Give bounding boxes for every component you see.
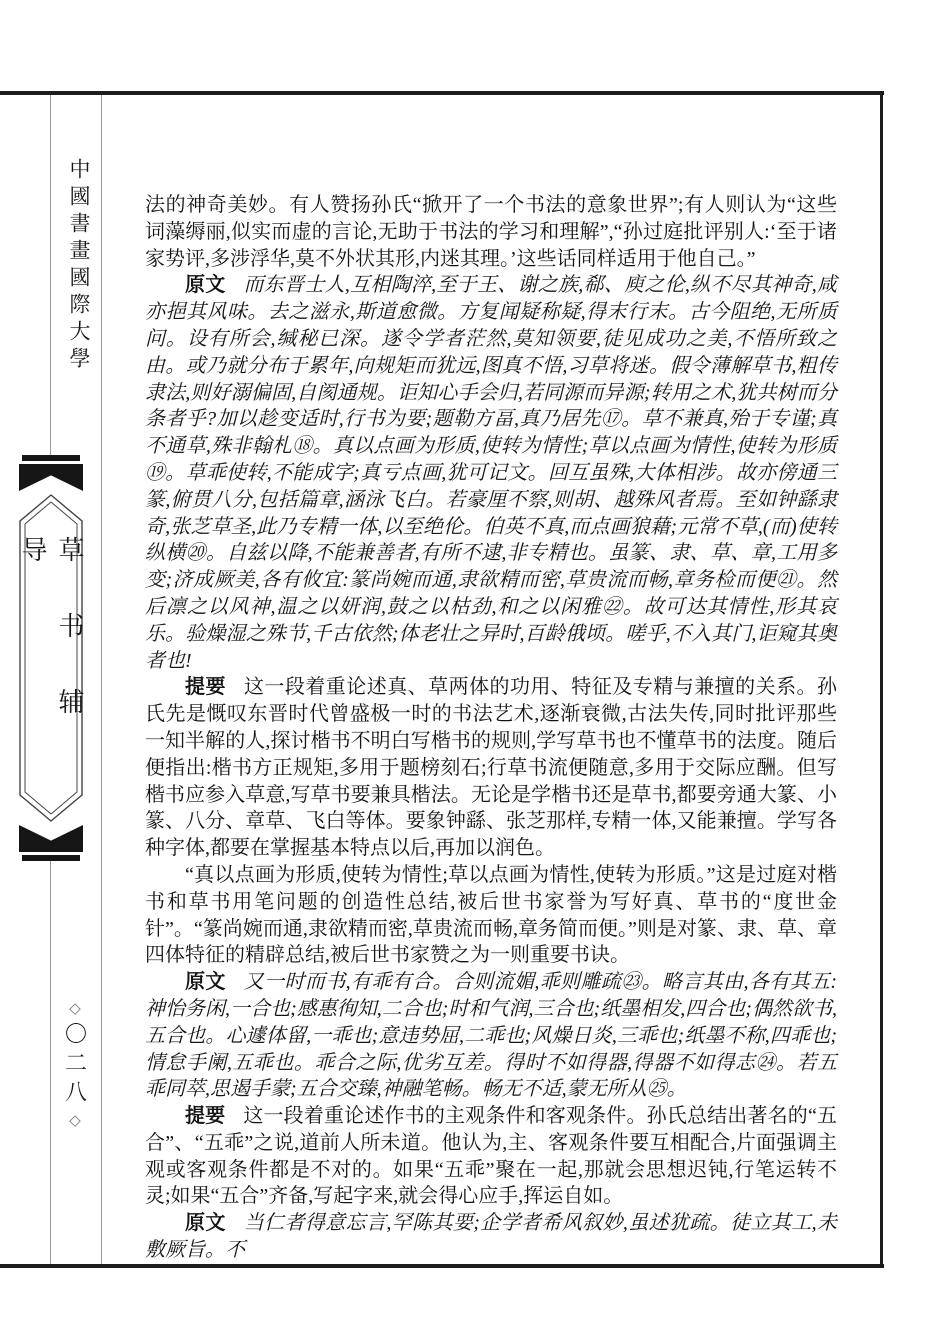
tiyao-label: 提要: [185, 1105, 225, 1127]
page-number: 〇二八: [60, 1022, 91, 1109]
volume-title: 草书辅导: [14, 536, 88, 822]
commentary-paragraph: “真以点画为形质,使转为情性;草以点画为情性,使转为形质。”这是过庭对楷书和草书…: [145, 862, 837, 969]
right-border-rule: [880, 91, 883, 1268]
volume-title-box: 草书辅导: [19, 494, 83, 822]
yuanwen-paragraph-2: 原文又一时而书,有乖有合。合则流媚,乖则雕疏㉓。略言其由,各有其五:神怡务闲,一…: [145, 969, 837, 1103]
yuanwen-paragraph-1: 原文而东晋士人,互相陶淬,至于王、谢之族,郗、庾之伦,纵不尽其神奇,咸亦挹其风味…: [145, 272, 837, 674]
yuanwen-label: 原文: [185, 1212, 226, 1234]
book-page: { "sidebar": { "university": "中國書畫國際大學",…: [0, 0, 950, 1344]
yuanwen-label: 原文: [185, 971, 226, 993]
page-number-block: ◇ 〇二八 ◇: [55, 1002, 95, 1129]
ornament-chevron-top: [19, 464, 83, 491]
ornament-chevron-bottom: [19, 825, 83, 852]
diamond-icon: ◇: [69, 1002, 81, 1017]
paragraph-continuation: 法的神奇美妙。有人赞扬孙氏“掀开了一个书法的意象世界”;有人则认为“这些词藻缛丽…: [145, 192, 837, 272]
university-title: 中國書畫國際大學: [64, 158, 94, 374]
yuanwen-paragraph-3: 原文当仁者得意忘言,罕陈其要;企学者希风叙妙,虽述犹疏。徒立其工,未敷厥旨。不: [145, 1210, 837, 1264]
main-text: 法的神奇美妙。有人赞扬孙氏“掀开了一个书法的意象世界”;有人则认为“这些词藻缛丽…: [145, 192, 837, 1264]
ornament-bar-bottom: [22, 855, 80, 861]
bottom-rule: [0, 1264, 884, 1268]
volume-ornament: 草书辅导: [19, 455, 83, 861]
top-rule: [0, 91, 884, 95]
sidebar-vertical-rule-right: [101, 95, 102, 1264]
tiyao-label: 提要: [185, 676, 226, 698]
ornament-bar-top: [22, 455, 80, 461]
tiyao-paragraph-1: 提要这一段着重论述真、草两体的功用、特征及专精与兼擅的关系。孙氏先是慨叹东晋时代…: [145, 674, 837, 862]
diamond-icon: ◇: [69, 1114, 81, 1129]
tiyao-paragraph-2: 提要这一段着重论述作书的主观条件和客观条件。孙氏总结出著名的“五合”、“五乖”之…: [145, 1103, 837, 1210]
yuanwen-label: 原文: [185, 274, 226, 296]
